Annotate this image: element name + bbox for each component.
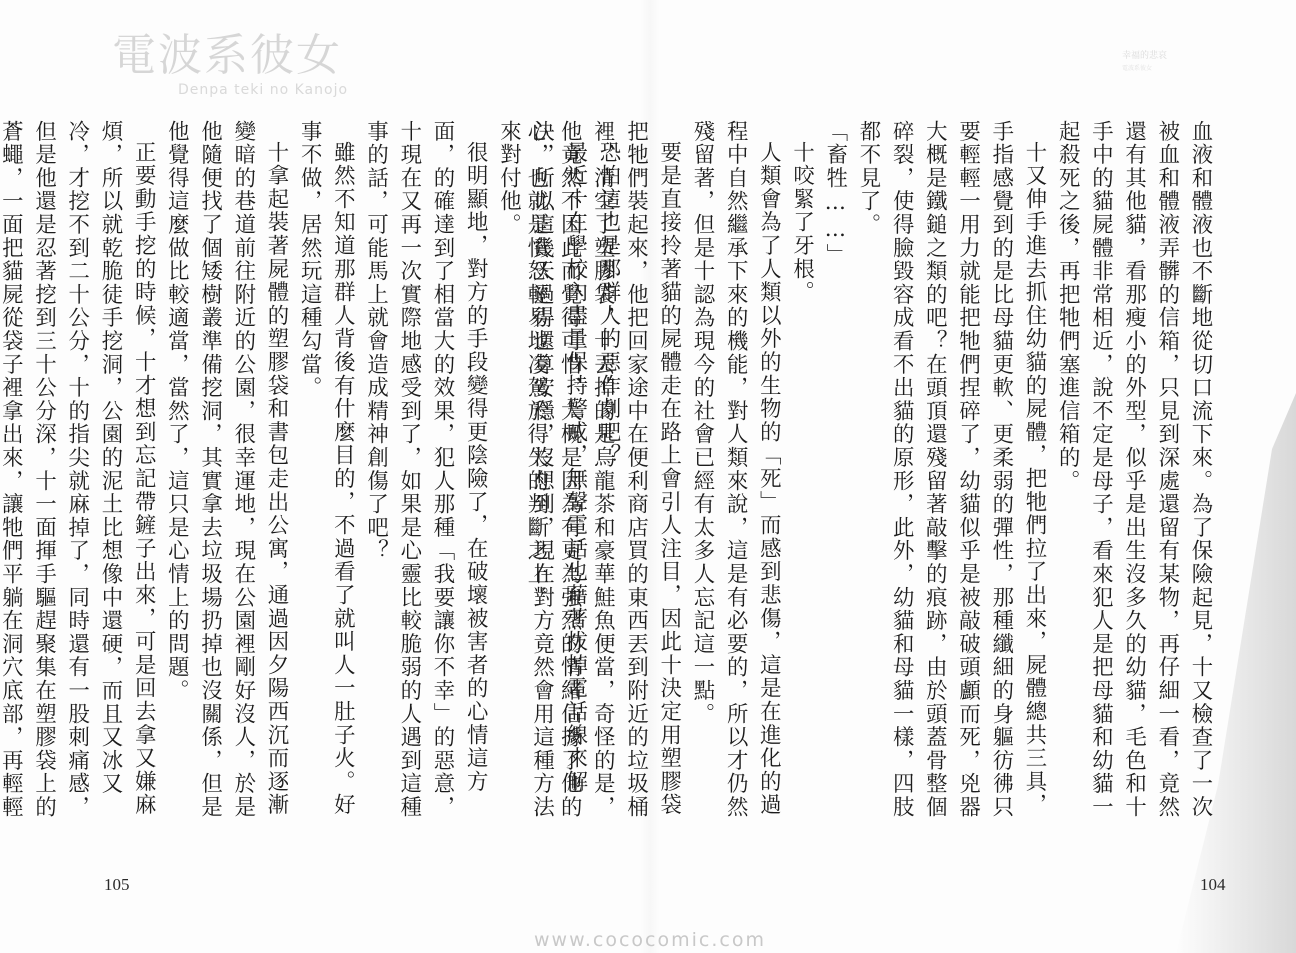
page-number-right: 104 [1200, 875, 1226, 895]
paragraph: 最近十在學校內盡量保持警戒，無聲電話也藉著拔掉電話線來解決，所以這幾天過得還算安… [492, 120, 592, 840]
paragraph: 雖然不知道那群人背後有什麼目的，不過看了就叫人一肚子火。好事不做，居然玩這種勾當… [293, 120, 359, 840]
dialogue-line: 「畜牲……」 [819, 120, 852, 840]
chapter-subtitle: 電波系彼女 [1122, 63, 1232, 72]
paragraph: 人類會為了人類以外的生物的「死」而感到悲傷，這是在進化的過程中自然繼承下來的機能… [686, 120, 786, 840]
paragraph: 十咬緊了牙根。 [785, 120, 818, 840]
page-105-body: 恐怕這也是那群人的惡作劇吧？ 最近十在學校內盡量保持警戒，無聲電話也藉著拔掉電話… [95, 120, 625, 840]
book-spread: 電波系彼女 Denpa teki no Kanojo 幸福的悲哀 電波系彼女 血… [0, 0, 1296, 953]
paragraph: 正要動手挖的時候，十才想到忘記帶鏟子出來，可是回去拿又嫌麻煩，所以就乾脆徒手挖洞… [0, 120, 160, 840]
paragraph: 十拿起裝著屍體的塑膠袋和書包走出公寓，通過因夕陽西沉而逐漸變暗的巷道前往附近的公… [160, 120, 293, 840]
chapter-header: 幸福的悲哀 電波系彼女 [1122, 48, 1232, 72]
page-104: 血液和體液也不斷地從切口流下來。為了保險起見，十又檢查了一次被血和體液弄髒的信箱… [705, 120, 1217, 840]
site-watermark: www.cococomic.com [520, 929, 780, 951]
paragraph: 很明顯地，對方的手段變得更陰險了，在破壞被害者的心情這方面，的確達到了相當大的效… [359, 120, 492, 840]
page-104-body: 血液和體液也不斷地從切口流下來。為了保險起見，十又檢查了一次被血和體液弄髒的信箱… [705, 120, 1217, 840]
series-title-cjk: 電波系彼女 [112, 30, 362, 82]
paragraph: 恐怕這也是那群人的惡作劇吧？ [592, 120, 625, 840]
paragraph: 血液和體液也不斷地從切口流下來。為了保險起見，十又檢查了一次被血和體液弄髒的信箱… [1051, 120, 1217, 840]
page-105: 恐怕這也是那群人的惡作劇吧？ 最近十在學校內盡量保持警戒，無聲電話也藉著拔掉電話… [95, 120, 625, 840]
page-number-left: 105 [104, 875, 130, 895]
paragraph: 十又伸手進去抓住幼貓的屍體，把牠們拉了出來，屍體總共三具，手指感覺到的是比母貓更… [852, 120, 1051, 840]
series-logo: 電波系彼女 Denpa teki no Kanojo [112, 30, 362, 110]
chapter-title: 幸福的悲哀 [1122, 51, 1167, 61]
series-title-latin: Denpa teki no Kanojo [178, 82, 348, 98]
